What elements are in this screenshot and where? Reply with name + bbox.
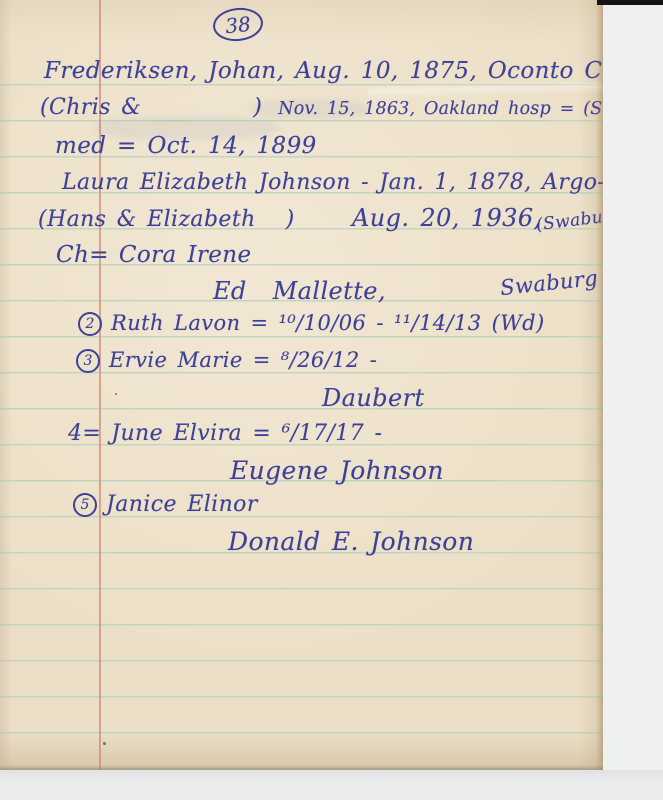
child-3-name-dates: Ervie Marie = ⁸/26/12 - — [109, 348, 377, 372]
scanner-background-bottom — [0, 770, 663, 800]
husband-parents-close-paren: ) — [253, 95, 262, 120]
child-5-circled-number: 5 — [73, 493, 97, 517]
wife-parents: (Hans & Elizabeth — [38, 207, 256, 232]
child-5-row: 5Janice Elinor — [73, 492, 258, 519]
child-5-spouse: Donald E. Johnson — [228, 527, 474, 556]
child-1-row: Ch=Cora Irene — [56, 242, 251, 268]
child-2-row: 2Ruth Lavon = ¹⁰/10/06 - ¹¹/14/13 (Wd) — [78, 311, 545, 338]
child-1-spouse: Ed Mallette, — [213, 277, 386, 305]
child-1-name: Cora Irene — [119, 242, 252, 268]
husband-name-birth-line: Frederiksen, Johan, Aug. 10, 1875, Ocont… — [44, 58, 603, 84]
child-2-name-dates: Ruth Lavon = ¹⁰/10/06 - ¹¹/14/13 (Wd) — [111, 311, 545, 335]
child-4-row: 4=June Elvira = ⁶/17/17 - — [68, 421, 382, 446]
child-3-spouse: Daubert — [322, 384, 425, 412]
scanner-background-right — [603, 0, 663, 800]
wife-death-date: Aug. 20, 1936, — [352, 204, 542, 232]
wife-parents-close-paren: ) — [286, 207, 295, 232]
children-label: Ch= — [56, 242, 109, 268]
paper-speck — [103, 742, 106, 745]
child-4-spouse: Eugene Johnson — [230, 456, 444, 485]
husband-death-place: Nov. 15, 1863, Oakland hosp = (Swaburg) — [278, 99, 603, 119]
page-number-circled: 38 — [211, 5, 264, 43]
marriage-date-line: med = Oct. 14, 1899 — [55, 133, 317, 159]
child-3-row: 3Ervie Marie = ⁸/26/12 - — [76, 348, 377, 375]
wife-parents-line: (Hans & Elizabeth) — [38, 207, 295, 232]
wife-name-birth-line: Laura Elizabeth Johnson - Jan. 1, 1878, … — [62, 170, 603, 195]
child-3-circled-number: 3 — [76, 349, 100, 373]
notebook-paper: 38 Frederiksen, Johan, Aug. 10, 1875, Oc… — [0, 0, 603, 770]
paper-right-edge-shadow — [596, 0, 603, 770]
scan-edge-black-strip — [597, 0, 663, 5]
child-4-number: 4= — [68, 421, 101, 446]
husband-parents: (Chris & — [40, 95, 141, 120]
child-2-circled-number: 2 — [78, 312, 102, 336]
child-5-name: Janice Elinor — [106, 492, 258, 517]
child-4-name-dates: June Elvira = ⁶/17/17 - — [111, 421, 382, 446]
husband-parents-death-line: (Chris &)Nov. 15, 1863, Oakland hosp = (… — [40, 95, 603, 120]
scanned-genealogy-page: 38 Frederiksen, Johan, Aug. 10, 1875, Oc… — [0, 0, 663, 800]
paper-speck — [115, 393, 117, 395]
